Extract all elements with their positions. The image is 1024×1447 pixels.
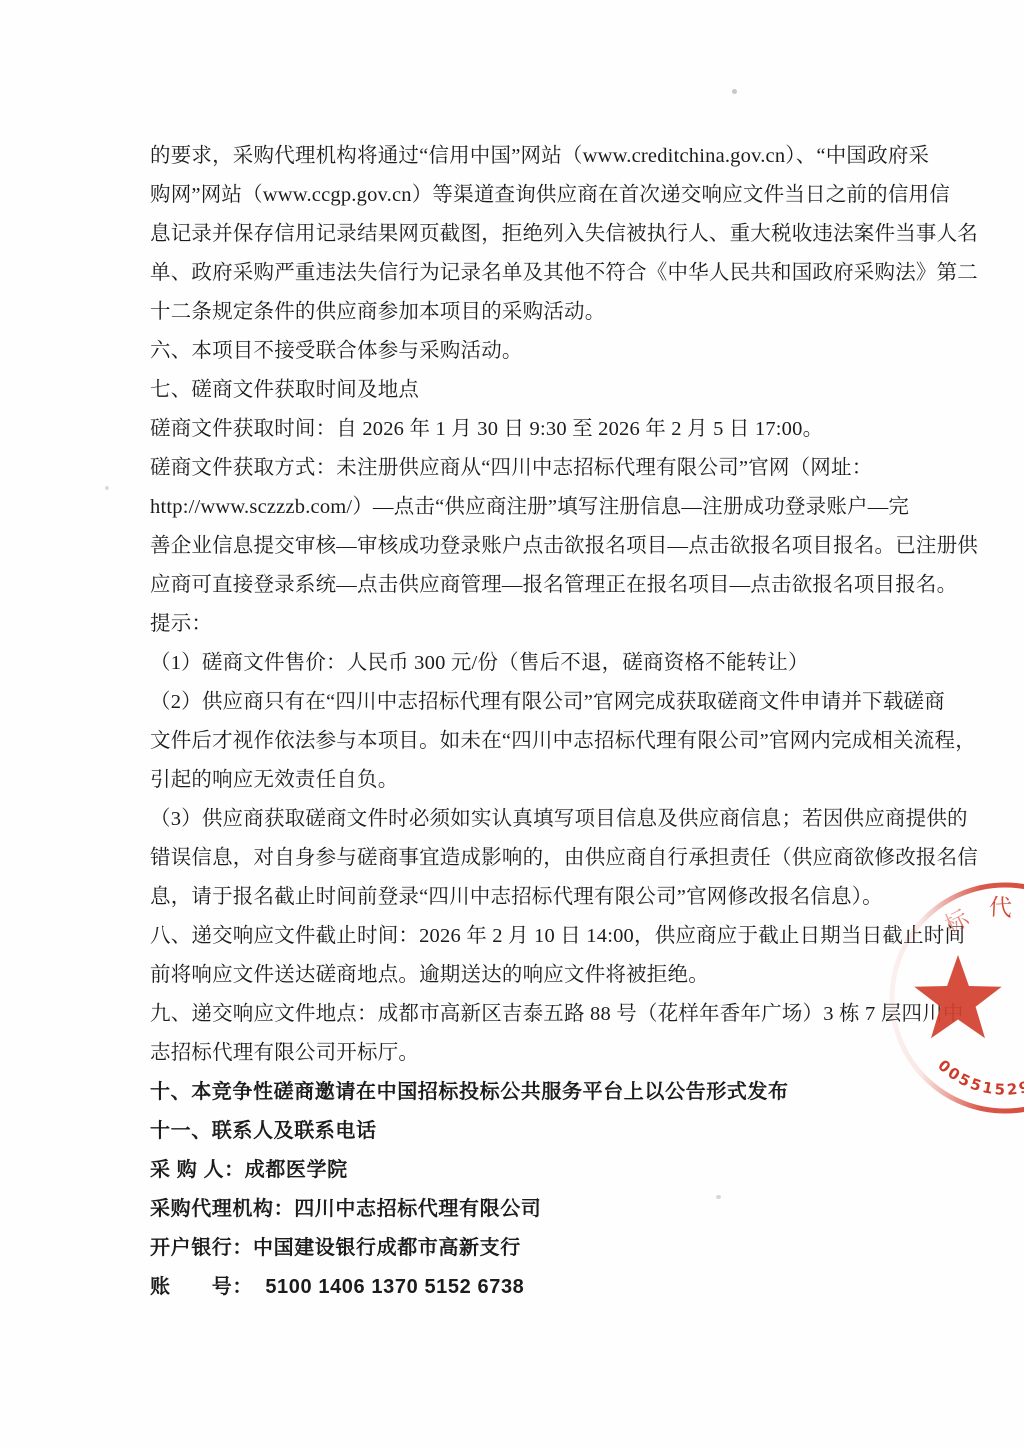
text-line: 错误信息，对自身参与磋商事宜造成影响的，由供应商自行承担责任（供应商欲修改报名信 [150, 839, 884, 878]
stamp-serial-holder: 005515291 [934, 1056, 1024, 1099]
text-line: 购网”网站（www.ccgp.gov.cn）等渠道查询供应商在首次递交响应文件当… [150, 176, 884, 215]
text-line: 应商可直接登录系统—点击供应商管理—报名管理正在报名项目—点击欲报名项目报名。 [150, 566, 884, 605]
bank-line: 开户银行：中国建设银行成都市高新支行 [150, 1229, 884, 1268]
document-text-block: 的要求，采购代理机构将通过“信用中国”网站（www.creditchina.go… [150, 137, 884, 1307]
scan-speck [105, 486, 109, 490]
text-line: 文件后才视作依法参与本项目。如未在“四川中志招标代理有限公司”官网内完成相关流程… [150, 722, 884, 761]
scan-speck [716, 1195, 721, 1199]
stamp-border-circle [892, 885, 1024, 1111]
note-line-1: （1）磋商文件售价：人民币 300 元/份（售后不退，磋商资格不能转让） [150, 644, 884, 683]
note-line-3: （3）供应商获取磋商文件时必须如实认真填写项目信息及供应商信息；若因供应商提供的 [150, 800, 884, 839]
purchaser-line: 采 购 人：成都医学院 [150, 1151, 884, 1190]
text-line: 息，请于报名截止时间前登录“四川中志招标代理有限公司”官网修改报名信息）。 [150, 878, 884, 917]
section-line-eight: 八、递交响应文件截止时间：2026 年 2 月 10 日 14:00，供应商应于… [150, 917, 884, 956]
text-line: 提示： [150, 605, 884, 644]
stamp-serial-number: 005515291 [934, 1056, 1024, 1099]
text-line: 善企业信息提交审核—审核成功登录账户点击欲报名项目—点击欲报名项目报名。已注册供 [150, 527, 884, 566]
text-line: 磋商文件获取方式：未注册供应商从“四川中志招标代理有限公司”官网（网址： [150, 449, 884, 488]
document-page: 的要求，采购代理机构将通过“信用中国”网站（www.creditchina.go… [0, 0, 1024, 1447]
text-line-url: http://www.sczzzb.com/）—点击“供应商注册”填写注册信息—… [150, 488, 884, 527]
account-number-line: 账 号： 5100 1406 1370 5152 6738 [150, 1268, 884, 1307]
text-line: 十二条规定条件的供应商参加本项目的采购活动。 [150, 293, 884, 332]
text-line: 单、政府采购严重违法失信行为记录名单及其他不符合《中华人民共和国政府采购法》第二 [150, 254, 884, 293]
section-line-ten: 十、本竞争性磋商邀请在中国招标投标公共服务平台上以公告形式发布 [150, 1073, 884, 1112]
section-line-nine: 九、递交响应文件地点：成都市高新区吉泰五路 88 号（花样年香年广场）3 栋 7… [150, 995, 884, 1034]
section-line-eleven: 十一、联系人及联系电话 [150, 1112, 884, 1151]
text-line: 的要求，采购代理机构将通过“信用中国”网站（www.creditchina.go… [150, 137, 884, 176]
stamp-star-icon [914, 955, 1001, 1038]
section-line-six: 六、本项目不接受联合体参与采购活动。 [150, 332, 884, 371]
note-line-2: （2）供应商只有在“四川中志招标代理有限公司”官网完成获取磋商文件申请并下载磋商 [150, 683, 884, 722]
text-line: 引起的响应无效责任自负。 [150, 761, 884, 800]
section-line-seven: 七、磋商文件获取时间及地点 [150, 371, 884, 410]
text-line: 前将响应文件送达磋商地点。逾期送达的响应文件将被拒绝。 [150, 956, 884, 995]
agency-line: 采购代理机构：四川中志招标代理有限公司 [150, 1190, 884, 1229]
text-line: 磋商文件获取时间：自 2026 年 1 月 30 日 9:30 至 2026 年… [150, 410, 884, 449]
scan-speck [732, 89, 737, 94]
text-line: 志招标代理有限公司开标厅。 [150, 1034, 884, 1073]
text-line: 息记录并保存信用记录结果网页截图，拒绝列入失信被执行人、重大税收违法案件当事人名 [150, 215, 884, 254]
